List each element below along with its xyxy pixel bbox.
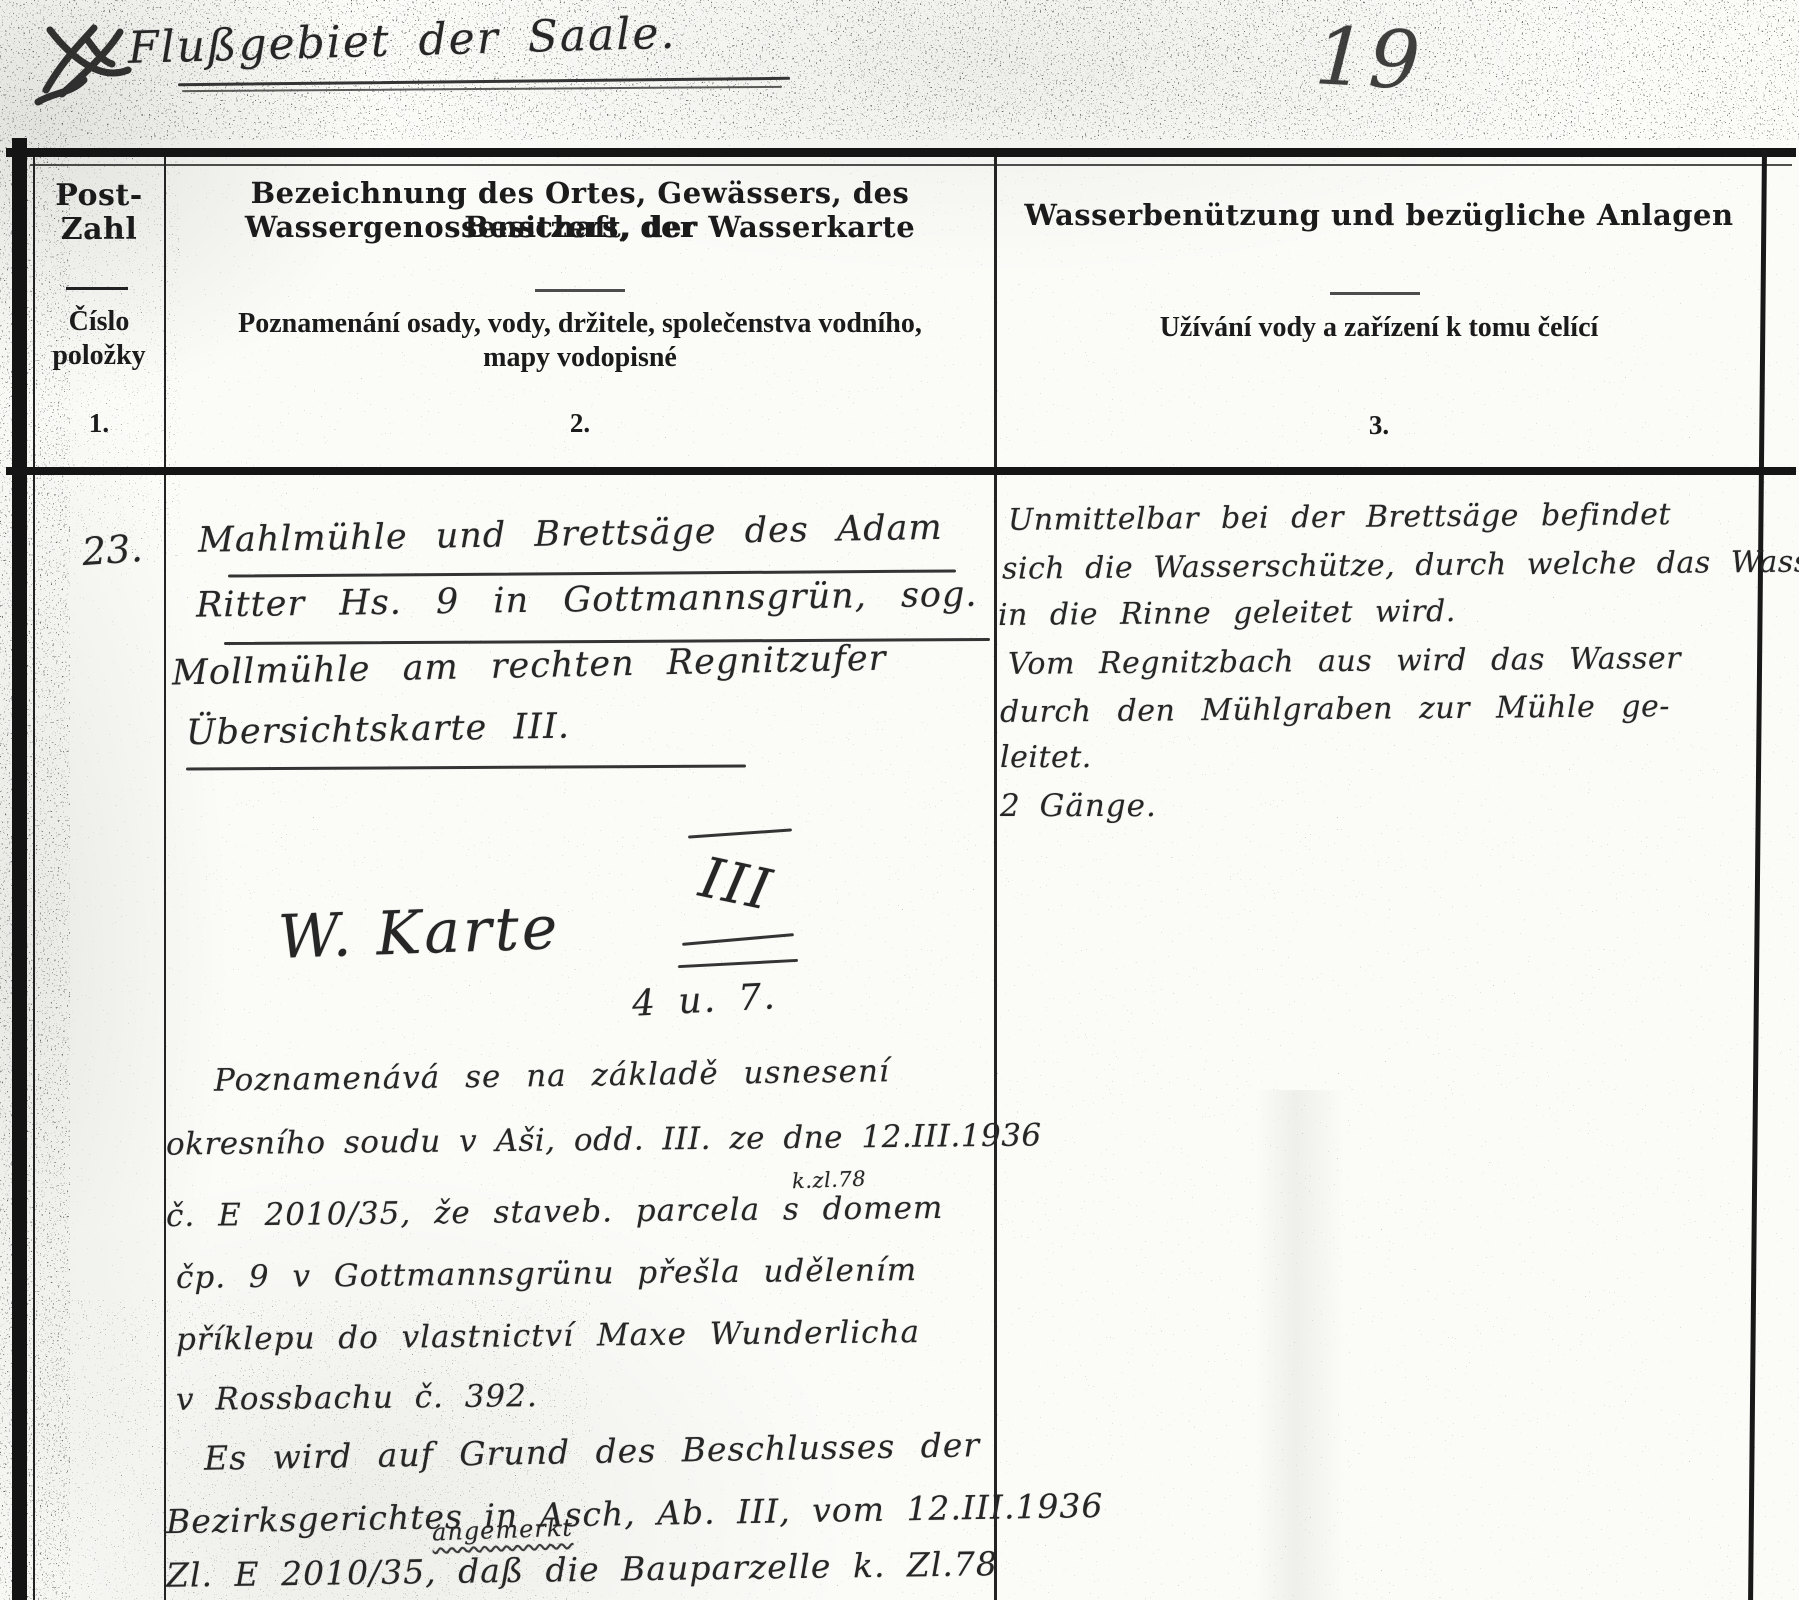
czech-note-line-4: čp. 9 v Gottmannsgrünu přešla udělením — [176, 1252, 918, 1296]
scanner-streak — [1255, 1090, 1345, 1600]
col3-header-de: Wasserbenützung und bezügliche Anlagen — [998, 198, 1760, 232]
czech-note-line-5: příklepu do vlastnictví Maxe Wunderlicha — [176, 1314, 920, 1358]
usage-line-2: sich die Wasserschütze, durch welche das… — [1002, 544, 1799, 586]
czech-note-line-3: č. E 2010/35, že staveb. parcela s domem — [166, 1190, 944, 1234]
description-line-1: Mahlmühle und Brettsäge des Adam — [198, 507, 979, 561]
description-line-3: Mollmühle am rechten Regnitzufer — [172, 638, 893, 693]
map-roman-underline-1 — [682, 933, 794, 946]
map-roman-underline-2 — [678, 959, 798, 968]
german-note-line-3: Zl. E 2010/35, daß die Bauparzelle k. Zl… — [166, 1544, 998, 1595]
col3-header-number: 3. — [998, 410, 1760, 441]
col2-header-number: 2. — [168, 408, 992, 439]
col1-header-de-line1: Post- — [34, 178, 164, 213]
title-underline-1 — [178, 77, 790, 86]
col3-header-divider-dash — [1330, 292, 1420, 295]
table-right-border — [1748, 150, 1767, 1600]
page-number: 19 — [1313, 9, 1426, 108]
header-bottom-rule — [6, 467, 1796, 475]
map-reference-main: W. Karte — [277, 893, 562, 973]
usage-line-1: Unmittelbar bei der Brettsäge befindet — [1008, 497, 1671, 538]
description-underline-4 — [186, 765, 746, 771]
col2-header-divider-dash — [535, 289, 625, 292]
czech-note-line-6: v Rossbachu č. 392. — [176, 1378, 538, 1418]
divider-col2-col3 — [994, 157, 997, 1600]
german-note-line-1: Es wird auf Grund des Beschlusses der — [204, 1425, 981, 1478]
col3-header-cs: Užívání vody a zařízení k tomu čelící — [998, 312, 1760, 344]
german-note-line-2: Bezirksgerichtes in Asch, Ab. III, vom 1… — [166, 1486, 1104, 1541]
description-line-4: Übersichtskarte III. — [186, 703, 787, 753]
map-roman-overline — [688, 828, 792, 838]
usage-line-5: durch den Mühlgraben zur Mühle ge- — [1000, 689, 1670, 730]
col2-header-cs-line1: Poznamenání osady, vody, držitele, spole… — [168, 308, 992, 340]
usage-line-4: Vom Regnitzbach aus wird das Wasser — [1008, 641, 1681, 682]
col2-header-cs-line2: mapy vodopisné — [168, 342, 992, 374]
col1-header-cs-line2: položky — [34, 340, 164, 372]
divider-col1-col2 — [164, 157, 166, 1600]
col2-header-de-line2: Wassergenossenschaft, der Wasserkarte — [168, 210, 992, 244]
left-margin-bar — [12, 138, 27, 1600]
map-reference-sub: 4 u. 7. — [631, 976, 778, 1025]
table-top-inner-rule — [30, 164, 1792, 166]
usage-line-6: leitet. — [1000, 740, 1092, 775]
col1-header-de-line2: Zahl — [34, 212, 164, 247]
page-title-handwritten: Flußgebiet der Saale. — [127, 5, 768, 74]
table-top-border — [6, 148, 1796, 157]
usage-line-7: 2 Gänge. — [1000, 788, 1157, 824]
czech-note-superscript: k.zl.78 — [792, 1167, 867, 1194]
table-left-border — [33, 157, 35, 1600]
title-underline-2 — [182, 86, 782, 92]
col1-header-cs-line1: Číslo — [34, 306, 164, 338]
entry-number: 23. — [81, 526, 144, 574]
description-line-2: Ritter Hs. 9 in Gottmannsgrün, sog. — [196, 574, 996, 625]
german-note-insert: angemerkt — [432, 1514, 574, 1547]
czech-note-line-2: okresního soudu v Aši, odd. III. ze dne … — [166, 1117, 1042, 1162]
czech-note-line-1: Poznamenává se na základě usnesení — [214, 1053, 890, 1098]
scanned-register-page: Flußgebiet der Saale. 19 Post- Zahl Čísl… — [0, 0, 1799, 1600]
usage-line-3: in die Rinne geleitet wird. — [998, 594, 1456, 633]
col1-header-divider-dash — [66, 287, 128, 290]
map-reference-roman: III — [694, 845, 778, 924]
col1-header-number: 1. — [34, 408, 164, 439]
